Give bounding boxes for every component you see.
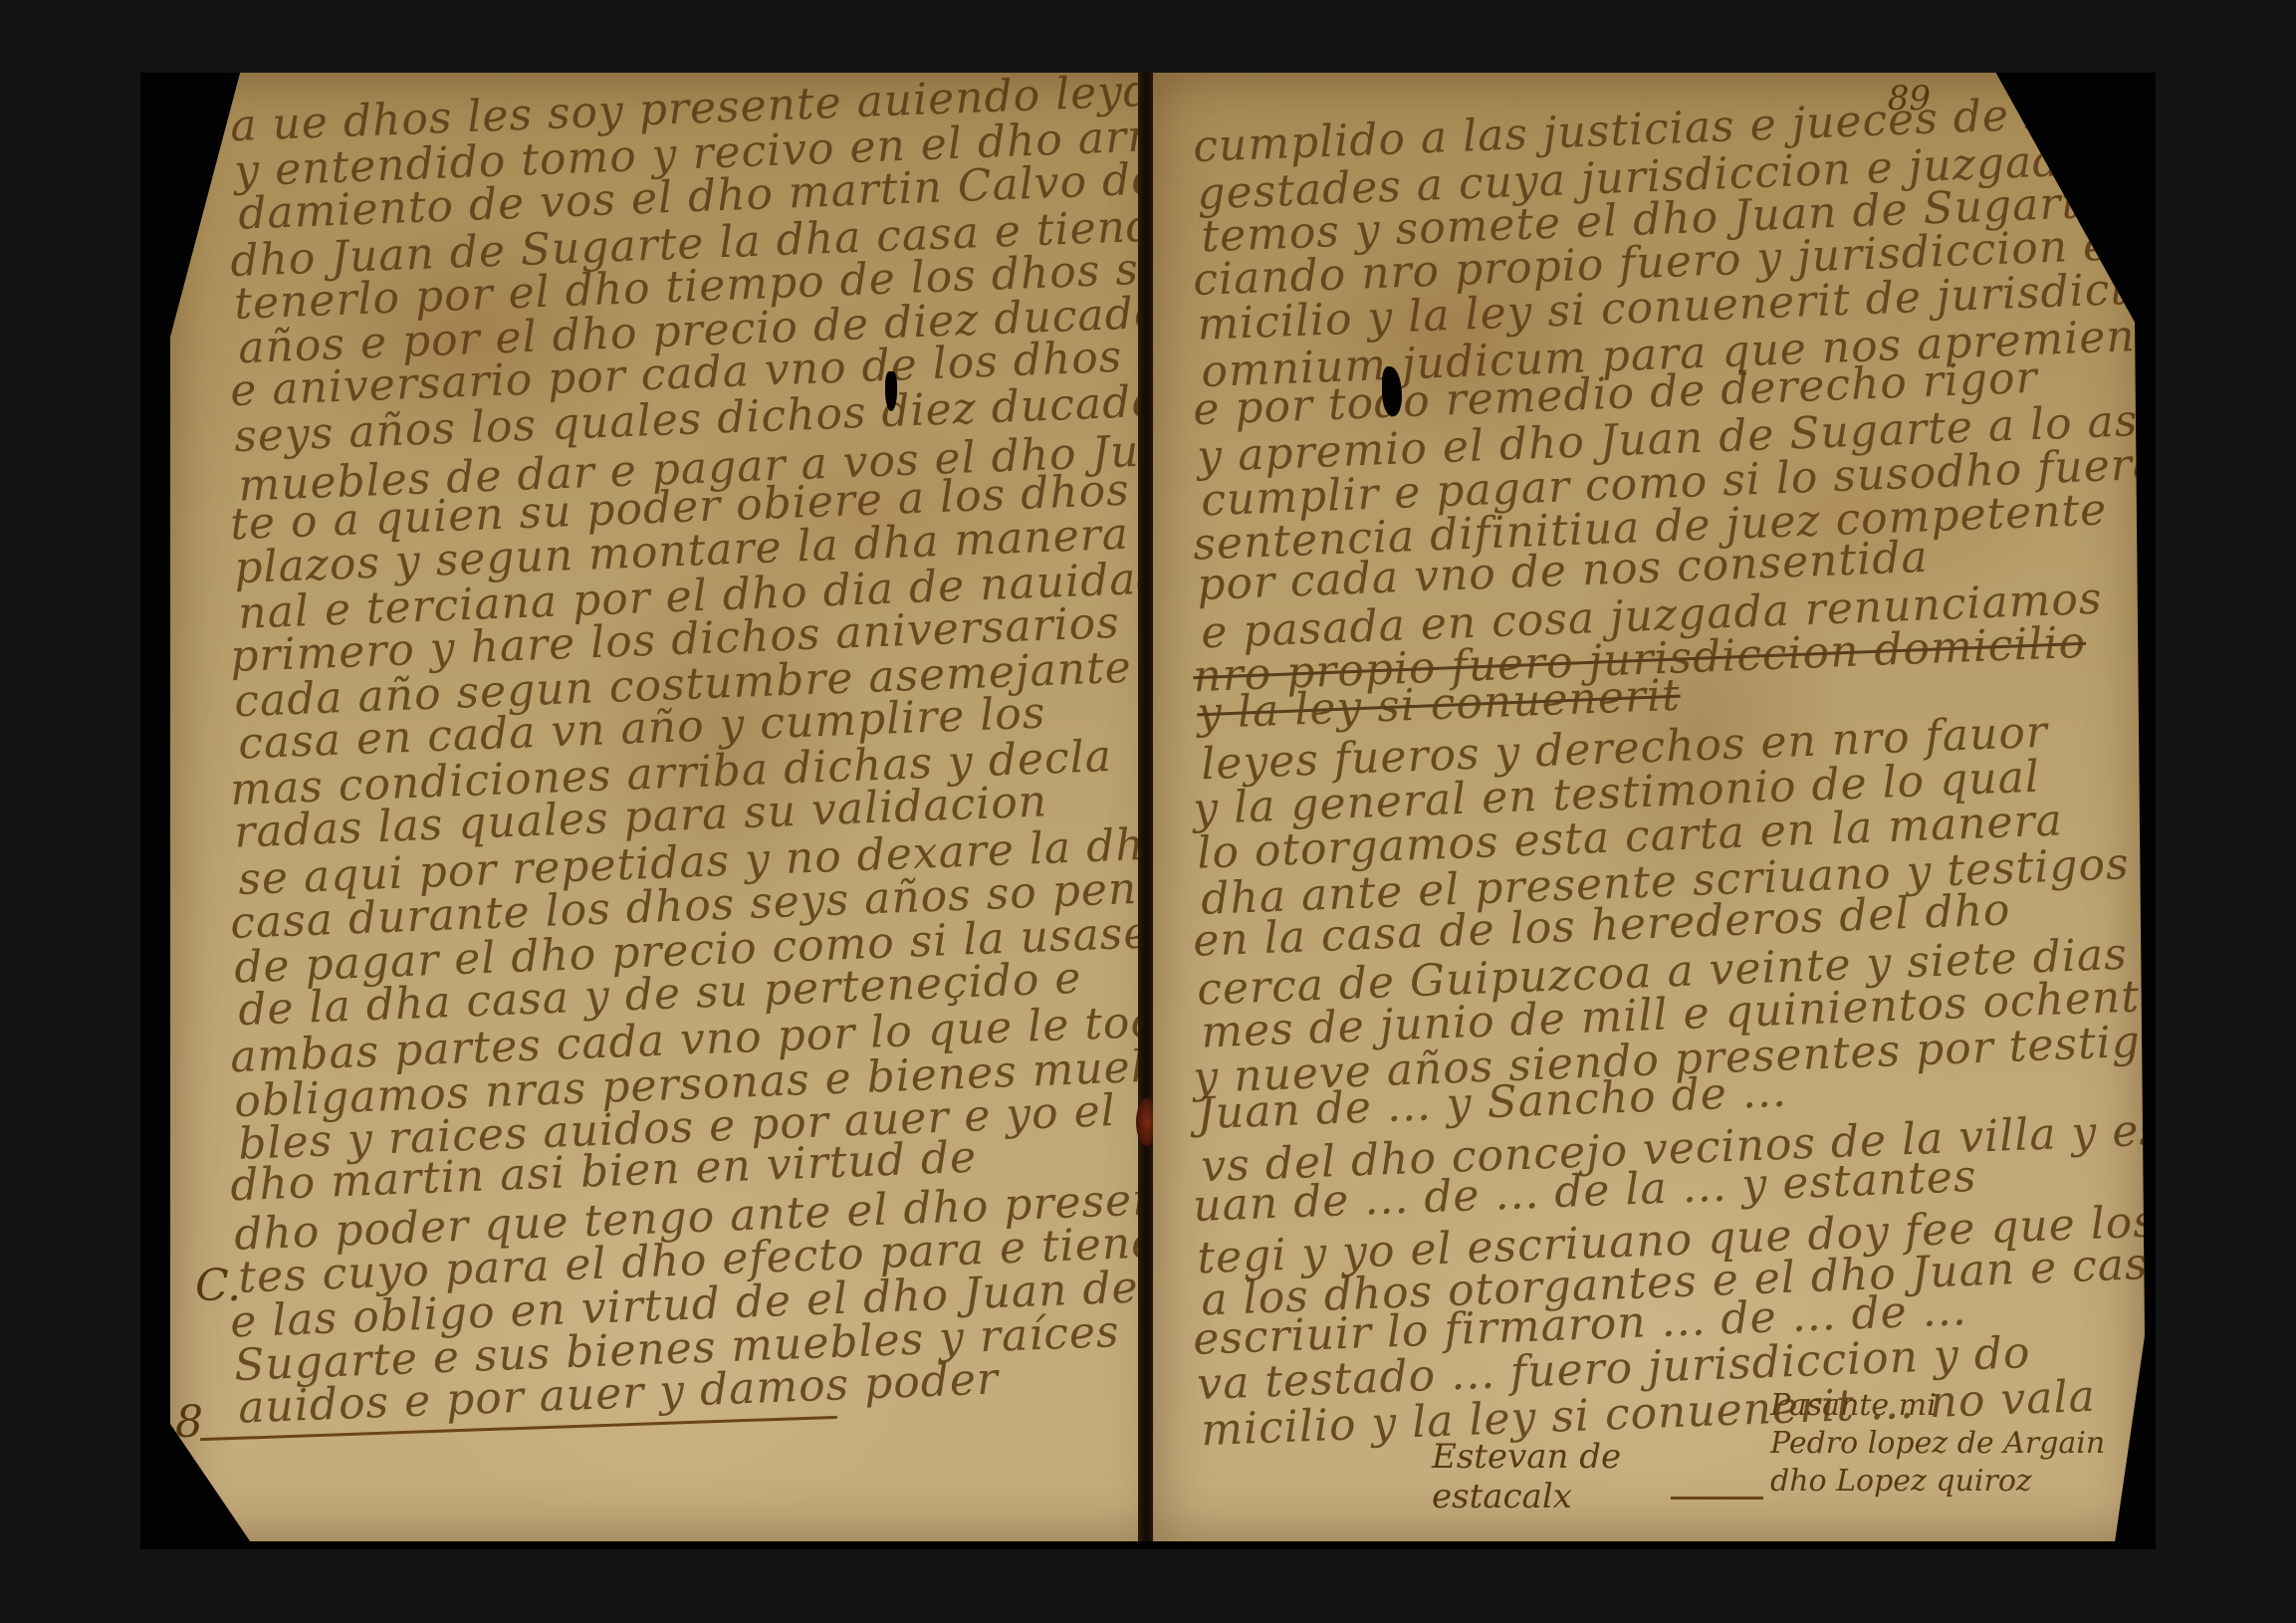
margin-mark-8: 8 — [175, 1397, 203, 1448]
manuscript-frame: a ue dhos les soy presente auiendo leydo… — [140, 73, 2156, 1549]
left-page: a ue dhos les soy presente auiendo leydo… — [170, 73, 1168, 1541]
margin-mark-c: C. — [195, 1261, 241, 1311]
signature-notary-line-3: dho Lopez quiroz — [1770, 1463, 2105, 1501]
signature-notary-line-2: Pedro lopez de Argain — [1770, 1425, 2105, 1463]
book-gutter — [1138, 73, 1154, 1541]
signature-left-line-1: Estevan de — [1432, 1437, 1621, 1477]
signature-bracket — [1671, 1497, 1763, 1500]
signature-notary-line-1: Pasante mi — [1770, 1387, 2105, 1425]
signature-left: Estevan de estacalx — [1432, 1437, 1621, 1516]
right-page: 89 cumplido a las justicias e jueces de … — [1153, 73, 2145, 1541]
signature-notary: Pasante mi Pedro lopez de Argain dho Lop… — [1770, 1387, 2105, 1501]
signature-left-line-2: estacalx — [1432, 1477, 1621, 1516]
wormhole — [885, 371, 897, 411]
